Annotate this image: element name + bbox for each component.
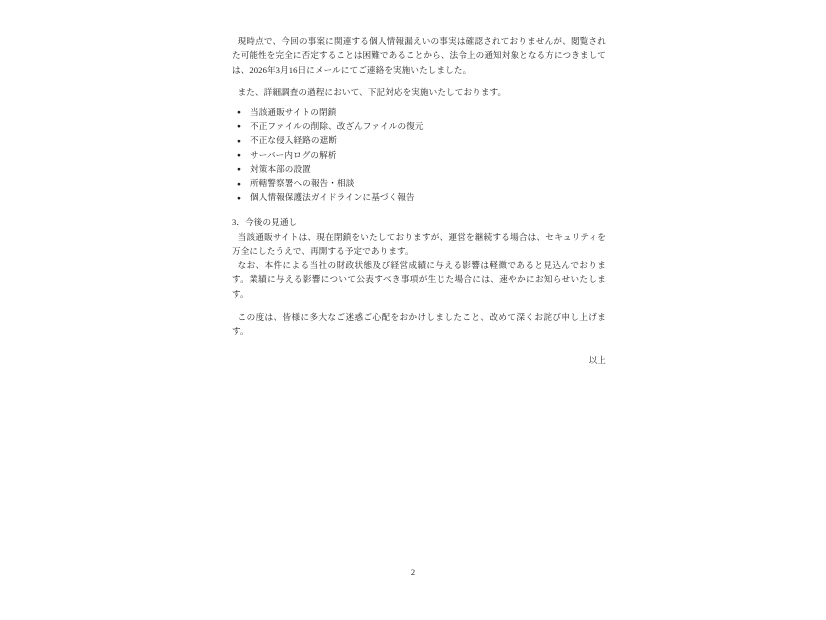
sign-off-ijou: 以上 [232, 353, 606, 367]
list-item: ●対策本部の設置 [237, 163, 606, 177]
list-item: ●当該通販サイトの閉鎖 [237, 106, 606, 120]
paragraph-measures-intro: また、詳細調査の過程において、下記対応を実施いたしております。 [232, 85, 606, 99]
list-item-label: 対策本部の設置 [250, 164, 311, 174]
document-body: 現時点で、今回の事案に関連する個人情報漏えいの事実は確認されておりませんが、閲覧… [232, 34, 606, 367]
paragraph-current-status: 現時点で、今回の事案に関連する個人情報漏えいの事実は確認されておりませんが、閲覧… [232, 34, 606, 77]
list-item-label: 個人情報保護法ガイドラインに基づく報告 [250, 192, 415, 202]
bullet-icon: ● [237, 149, 250, 163]
page-number: 2 [0, 567, 826, 577]
list-item-label: 不正ファイルの削除、改ざんファイルの復元 [250, 121, 424, 131]
bullet-icon: ● [237, 120, 250, 134]
list-item-label: 所轄警察署への報告・相談 [250, 178, 354, 188]
list-item-label: 不正な侵入経路の遮断 [250, 135, 337, 145]
document-page: 現時点で、今回の事案に関連する個人情報漏えいの事実は確認されておりませんが、閲覧… [0, 0, 826, 620]
list-item: ●サーバー内ログの解析 [237, 149, 606, 163]
measures-list: ●当該通販サイトの閉鎖 ●不正ファイルの削除、改ざんファイルの復元 ●不正な侵入… [232, 106, 606, 206]
list-item: ●個人情報保護法ガイドラインに基づく報告 [237, 191, 606, 205]
bullet-icon: ● [237, 106, 250, 120]
list-item: ●所轄警察署への報告・相談 [237, 177, 606, 191]
paragraph-outlook-impact: なお、本件による当社の財政状態及び経営成績に与える影響は軽微であると見込んでおり… [232, 258, 606, 301]
bullet-icon: ● [237, 163, 250, 177]
list-item: ●不正な侵入経路の遮断 [237, 134, 606, 148]
list-item-label: 当該通販サイトの閉鎖 [250, 107, 336, 117]
bullet-icon: ● [237, 178, 250, 192]
bullet-icon: ● [237, 135, 250, 149]
section-heading-outlook: 3．今後の見通し [232, 215, 606, 229]
list-item: ●不正ファイルの削除、改ざんファイルの復元 [237, 120, 606, 134]
bullet-icon: ● [237, 192, 250, 206]
paragraph-outlook-reopen: 当該通販サイトは、現在閉鎖をいたしておりますが、運営を継続する場合は、セキュリテ… [232, 230, 606, 259]
paragraph-closing-apology: この度は、皆様に多大なご迷惑ご心配をおかけしましたこと、改めて深くお詫び申し上げ… [232, 310, 606, 339]
list-item-label: サーバー内ログの解析 [250, 150, 337, 160]
